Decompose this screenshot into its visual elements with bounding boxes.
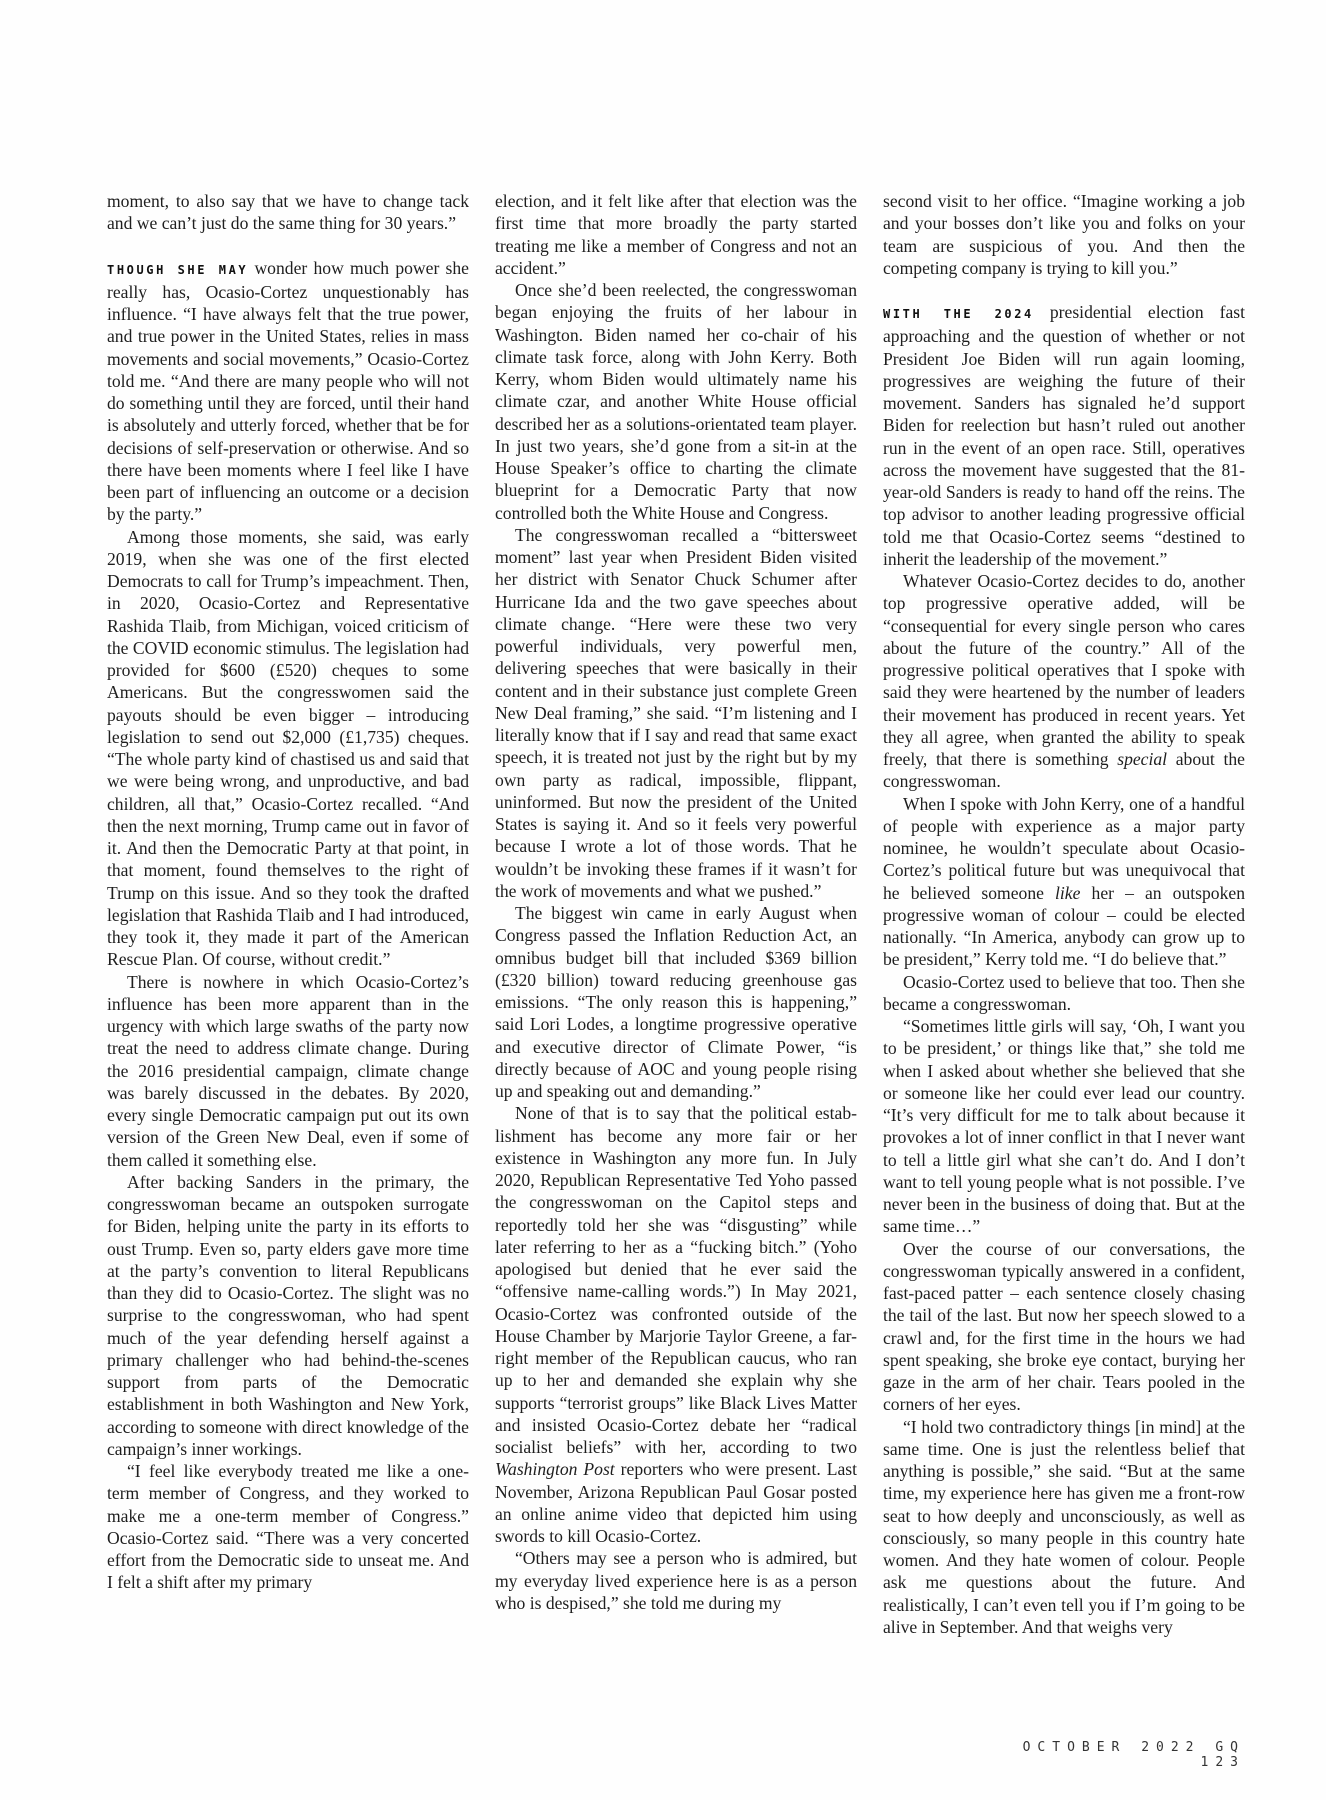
magazine-page: moment, to also say that we have to chan… — [0, 0, 1326, 1800]
paragraph-continuation: moment, to also say that we have to chan… — [107, 190, 469, 235]
paragraph-continuation: election, and it felt like after that el… — [495, 190, 857, 279]
paragraph: Among those moments, she said, was early… — [107, 526, 469, 971]
paragraph: The congresswoman recalled a “bitterswee… — [495, 524, 857, 902]
article-column-1: moment, to also say that we have to chan… — [107, 190, 469, 1594]
paragraph-text: presidential election fast approaching a… — [883, 302, 1245, 569]
paragraph-text: Whatever Ocasio-Cortez decides to do, an… — [883, 571, 1245, 769]
paragraph: There is nowhere in which Ocasio-Cortez’… — [107, 971, 469, 1171]
section-lead-in: WITH THE 2024 — [883, 307, 1034, 321]
section-start-paragraph: WITH THE 2024 presidential election fast… — [883, 301, 1245, 570]
page-folio: OCTOBER 2022 GQ 123 — [990, 1740, 1245, 1770]
article-column-2: election, and it felt like after that el… — [495, 190, 857, 1614]
paragraph: Whatever Ocasio-Cortez decides to do, an… — [883, 570, 1245, 793]
paragraph: “Others may see a person who is admired,… — [495, 1547, 857, 1614]
paragraph: None of that is to say that the politica… — [495, 1102, 857, 1547]
paragraph: Over the course of our conversations, th… — [883, 1238, 1245, 1416]
paragraph: “I hold two contradictory things [in min… — [883, 1416, 1245, 1639]
emphasis-italic: like — [1055, 883, 1080, 903]
section-lead-in: THOUGH SHE MAY — [107, 263, 248, 277]
paragraph-text: None of that is to say that the politica… — [495, 1103, 857, 1457]
publication-name-italic: Washington Post — [495, 1459, 615, 1479]
paragraph-continuation: second visit to her office. “Imagine wor… — [883, 190, 1245, 279]
paragraph: “I feel like everybody treated me like a… — [107, 1460, 469, 1594]
paragraph: “Sometimes little girls will say, ‘Oh, I… — [883, 1015, 1245, 1238]
paragraph: Once she’d been reelected, the congress­… — [495, 279, 857, 524]
paragraph: After backing Sanders in the primary, th… — [107, 1171, 469, 1460]
paragraph-text: wonder how much power she really has, Oc… — [107, 258, 469, 525]
paragraph: When I spoke with John Kerry, one of a h… — [883, 793, 1245, 971]
section-start-paragraph: THOUGH SHE MAY wonder how much power she… — [107, 257, 469, 526]
paragraph: Ocasio-Cortez used to believe that too. … — [883, 971, 1245, 1016]
emphasis-italic: spe­cial — [1117, 749, 1167, 769]
paragraph: The biggest win came in early August whe… — [495, 902, 857, 1102]
article-column-3: second visit to her office. “Imagine wor… — [883, 190, 1245, 1638]
